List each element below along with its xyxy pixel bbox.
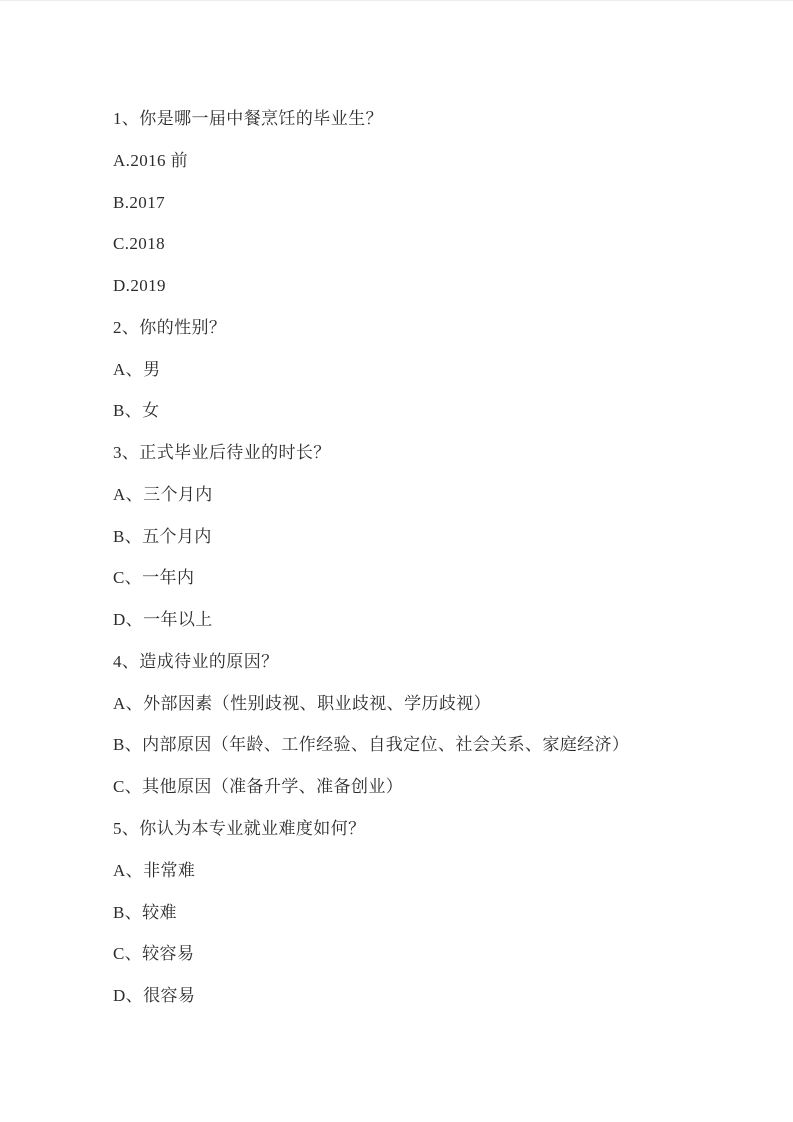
question-1-option-d: D.2019	[113, 265, 757, 307]
question-3-option-c: C、一年内	[113, 557, 757, 599]
question-1-option-a: A.2016 前	[113, 140, 757, 182]
document-page: 1、你是哪一届中餐烹饪的毕业生？ A.2016 前 B.2017 C.2018 …	[0, 1, 793, 1122]
question-3-option-a: A、三个月内	[113, 474, 757, 516]
question-2-text: 2、你的性别？	[113, 307, 757, 349]
question-4-option-a: A、外部因素（性别歧视、职业歧视、学历歧视）	[113, 683, 757, 725]
question-2-option-a: A、男	[113, 349, 757, 391]
question-5-option-b: B、较难	[113, 892, 757, 934]
question-1-text: 1、你是哪一届中餐烹饪的毕业生？	[113, 98, 757, 140]
question-5-option-c: C、较容易	[113, 933, 757, 975]
question-3-option-d: D、一年以上	[113, 599, 757, 641]
question-5-option-a: A、非常难	[113, 850, 757, 892]
question-2-option-b: B、女	[113, 390, 757, 432]
question-5-text: 5、你认为本专业就业难度如何？	[113, 808, 757, 850]
question-4-text: 4、造成待业的原因？	[113, 641, 757, 683]
question-4-option-b: B、内部原因（年龄、工作经验、自我定位、社会关系、家庭经济）	[113, 724, 757, 766]
question-3-option-b: B、五个月内	[113, 516, 757, 558]
questionnaire-body: 1、你是哪一届中餐烹饪的毕业生？ A.2016 前 B.2017 C.2018 …	[113, 98, 757, 1017]
question-4-option-c: C、其他原因（准备升学、准备创业）	[113, 766, 757, 808]
question-1-option-c: C.2018	[113, 223, 757, 265]
question-3-text: 3、正式毕业后待业的时长？	[113, 432, 757, 474]
question-5-option-d: D、很容易	[113, 975, 757, 1017]
question-1-option-b: B.2017	[113, 182, 757, 224]
